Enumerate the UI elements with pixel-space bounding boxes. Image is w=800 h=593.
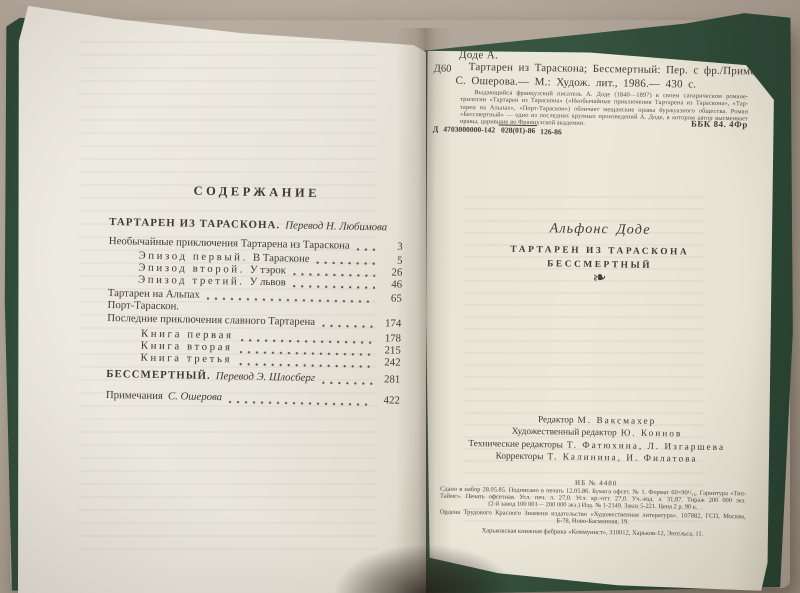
table-of-contents: СОДЕРЖАНИЕ ТАРТАРЕН ИЗ ТАРАСКОНА. Перево… <box>106 182 404 407</box>
toc-page-number: 26 <box>378 267 402 279</box>
toc-translator: Перевод Н. Любимова <box>285 220 387 233</box>
publisher-address: Ордена Трудового Красного Знамени издате… <box>440 509 746 528</box>
staff-role: Редактор <box>538 415 574 426</box>
toc-page-number: 3 <box>379 241 403 253</box>
toc-label: У львов <box>250 276 286 288</box>
index-suffix: 126-86 <box>540 127 562 136</box>
toc-page-number: 178 <box>377 333 401 345</box>
toc-page-number: 5 <box>378 255 402 267</box>
staff-role: Художественный редактор <box>512 427 617 439</box>
dot-leader <box>357 247 376 251</box>
fleuron-ornament: ❧ <box>429 265 769 290</box>
dot-leader <box>322 323 374 328</box>
toc-author-name: С. Ошерова <box>168 391 222 404</box>
book-photo: СОДЕРЖАНИЕ ТАРТАРЕН ИЗ ТАРАСКОНА. Перево… <box>0 0 800 593</box>
printer-line: Харьковская книжная фабрика «Коммунист»,… <box>439 527 745 539</box>
toc-row: БЕССМЕРТНЫЙ. Перевод Э. Шлосберг 281 <box>106 369 400 386</box>
staff-name: М. Ваксмахер <box>577 416 656 427</box>
index-numerator: 4703000000-142 <box>441 125 497 135</box>
contents-block: СОДЕРЖАНИЕ ТАРТАРЕН ИЗ ТАРАСКОНА. Перево… <box>10 0 429 593</box>
toc-label: Последние приключения славного Тартарена <box>107 313 315 328</box>
dot-leader <box>293 272 375 278</box>
toc-page-number: 65 <box>378 293 402 305</box>
book-title-line: ТАРТАРЕН ИЗ ТАРАСКОНА <box>430 243 770 258</box>
staff-name: Т. Фатюхина, Л. Изгаршева <box>567 440 725 452</box>
catalog-entry: Тартарен из Тараскона; Бессмертный: Пер.… <box>455 61 753 93</box>
technical-imprint: Сдано в набор 28.05.85. Подписано в печа… <box>440 486 746 512</box>
toc-row: ТАРТАРЕН ИЗ ТАРАСКОНА. Перевод Н. Любимо… <box>109 217 403 234</box>
toc-section-title: БЕССМЕРТНЫЙ. <box>106 369 211 383</box>
dot-leader <box>322 380 373 385</box>
index-denominator: 028(01)-86 <box>499 124 537 135</box>
dot-leader <box>229 399 373 406</box>
index-fraction: 4703000000-142 028(01)-86 <box>441 125 537 136</box>
toc-page-number: 242 <box>376 357 400 369</box>
staff-role: Корректоры <box>496 452 544 463</box>
staff-list: РедакторМ. Ваксмахер Художественный реда… <box>427 412 768 467</box>
dot-leader <box>293 284 375 290</box>
imprint-block: Доде А. Д60 Тартарен из Тараскона; Бессм… <box>419 39 780 593</box>
toc-page-number: 281 <box>376 374 400 386</box>
toc-label-spaced: Эпизод третий. <box>138 274 245 288</box>
toc-page-number: 46 <box>378 279 402 291</box>
title-author: Альфонс Доде <box>430 219 770 240</box>
catalog-index: Д 4703000000-142 028(01)-86 126-86 <box>433 123 562 136</box>
toc-page-number: 174 <box>377 318 401 330</box>
left-page: СОДЕРЖАНИЕ ТАРТАРЕН ИЗ ТАРАСКОНА. Перево… <box>18 0 426 593</box>
contents-heading: СОДЕРЖАНИЕ <box>110 182 404 203</box>
toc-page-number: 215 <box>377 345 401 357</box>
staff-name: Ю. Коннов <box>621 429 683 440</box>
toc-label: У тэрок <box>250 264 286 276</box>
toc-translator: Перевод Э. Шлосберг <box>216 371 315 384</box>
dot-leader <box>316 260 375 265</box>
dot-leader <box>239 361 374 368</box>
toc-section-title: ТАРТАРЕН ИЗ ТАРАСКОНА. <box>109 217 280 232</box>
toc-page-number: 422 <box>376 395 400 407</box>
catalog-code: Д60 <box>434 63 452 74</box>
toc-label: Порт-Тараскон. <box>107 300 179 313</box>
toc-row: Примечания С. Ошерова 422 <box>106 390 400 407</box>
staff-role: Технические редакторы <box>468 439 563 450</box>
staff-name: Т. Калинина, И. Филатова <box>547 453 697 465</box>
bbk-code: ББК 84. 4Фр <box>691 119 748 130</box>
right-page: Доде А. Д60 Тартарен из Тараскона; Бессм… <box>424 42 776 593</box>
toc-label: Примечания <box>106 390 163 403</box>
toc-label-spaced: Книга третья <box>140 353 232 366</box>
index-prefix: Д <box>433 124 439 133</box>
